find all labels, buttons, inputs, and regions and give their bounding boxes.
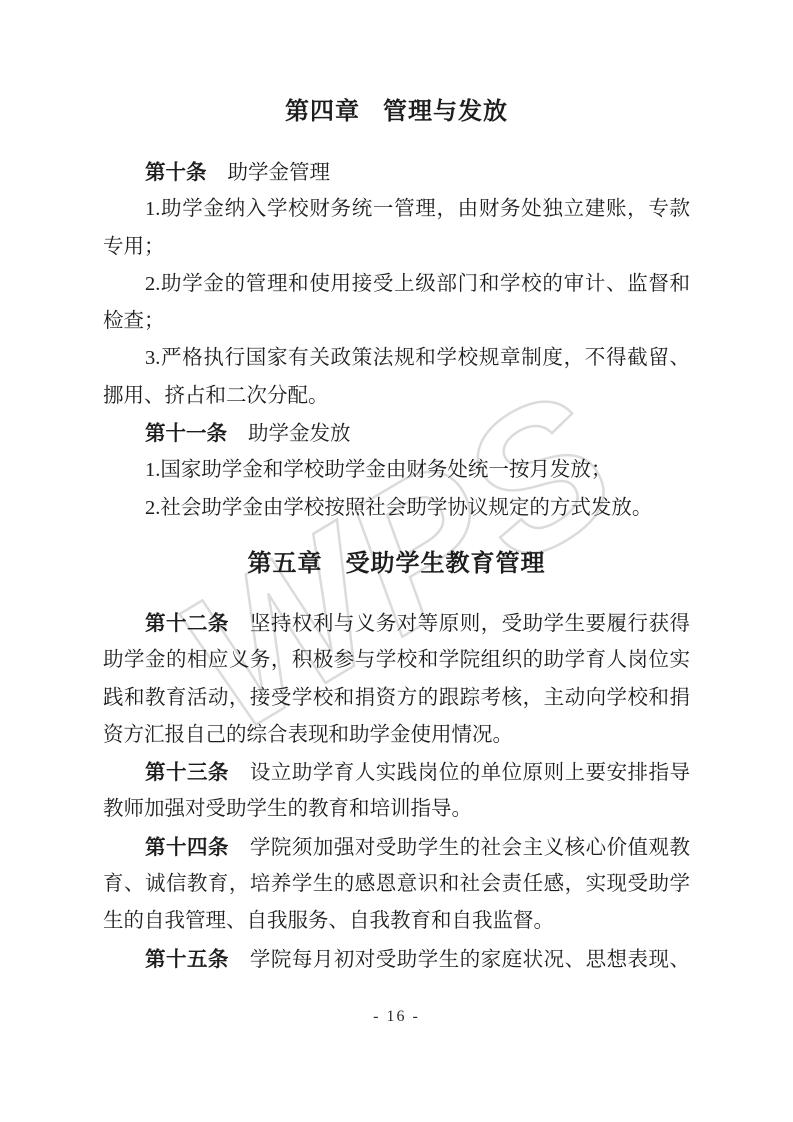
page-number: - 16 - [373,1008,420,1025]
chapter-4-title: 管理与发放 [383,98,508,125]
line-text: 专用； [103,236,165,258]
chapter-5-title: 受助学生教育管理 [346,550,546,577]
page-footer: - 16 - [0,1007,793,1027]
text-line: 挪用、挤占和二次分配。 [103,378,690,415]
article-number-label: 第十二条 [145,612,229,635]
line-text: 检查； [103,310,165,332]
text-line: 育、诚信教育，培养学生的感恩意识和社会责任感，实现受助学 [103,866,690,903]
line-text: 挪用、挤占和二次分配。 [103,385,329,407]
chapter-5-body: 第十二条坚持权利与义务对等原则，受助学生要履行获得 助学金的相应义务，积极参与学… [103,605,690,978]
text-line: 第十三条设立助学育人实践岗位的单位原则上要安排指导 [103,754,690,791]
chapter-4-heading: 第四章管理与发放 [0,96,793,128]
line-text: 育、诚信教育，培养学生的感恩意识和社会责任感，实现受助学 [103,873,690,895]
text-line: 第十二条坚持权利与义务对等原则，受助学生要履行获得 [103,605,690,642]
line-text: 资方汇报自己的综合表现和助学金使用情况。 [103,724,513,746]
text-line: 专用； [103,229,690,266]
document-page: WPS 第四章管理与发放 第十条助学金管理 1.助学金纳入学校财务统一管理，由财… [0,0,793,1122]
text-line: 教师加强对受助学生的教育和培训指导。 [103,791,690,828]
chapter-5-number: 第五章 [248,550,323,577]
text-line: 检查； [103,303,690,340]
line-text: 践和教育活动，接受学校和捐资方的跟踪考核，主动向学校和捐 [103,687,690,709]
text-line: 1.助学金纳入学校财务统一管理，由财务处独立建账，专款 [103,191,690,228]
text-line: 资方汇报自己的综合表现和助学金使用情况。 [103,717,690,754]
line-text: 教师加强对受助学生的教育和培训指导。 [103,798,472,820]
text-line: 第十条助学金管理 [103,154,690,191]
line-text: 2.助学金的管理和使用接受上级部门和学校的审计、监督和 [145,273,690,295]
article-number-label: 第十四条 [145,836,229,859]
line-text: 坚持权利与义务对等原则，受助学生要履行获得 [250,613,690,635]
text-line: 助学金的相应义务，积极参与学校和学院组织的助学育人岗位实 [103,642,690,679]
line-text: 1.助学金纳入学校财务统一管理，由财务处独立建账，专款 [145,198,690,220]
line-text: 2.社会助学金由学校按照社会助学协议规定的方式发放。 [145,497,652,519]
line-text: 学院须加强对受助学生的社会主义核心价值观教 [250,837,690,859]
line-text: 学院每月初对受助学生的家庭状况、思想表现、 [250,949,690,971]
text-line: 第十一条助学金发放 [103,415,690,452]
text-line: 2.社会助学金由学校按照社会助学协议规定的方式发放。 [103,490,690,527]
line-text: 1.国家助学金和学校助学金由财务处统一按月发放； [145,459,611,481]
line-text: 助学金发放 [248,423,351,445]
text-line: 2.助学金的管理和使用接受上级部门和学校的审计、监督和 [103,266,690,303]
article-number-label: 第十条 [145,161,207,184]
chapter-4-number: 第四章 [285,98,360,125]
chapter-5-heading: 第五章受助学生教育管理 [0,548,793,580]
article-number-label: 第十一条 [145,422,227,445]
text-line: 3.严格执行国家有关政策法规和学校规章制度，不得截留、 [103,340,690,377]
article-number-label: 第十五条 [145,948,229,971]
line-text: 3.严格执行国家有关政策法规和学校规章制度，不得截留、 [145,347,690,369]
line-text: 设立助学育人实践岗位的单位原则上要安排指导 [250,762,690,784]
text-line: 第十四条学院须加强对受助学生的社会主义核心价值观教 [103,829,690,866]
article-number-label: 第十三条 [145,761,229,784]
line-text: 助学金的相应义务，积极参与学校和学院组织的助学育人岗位实 [103,649,690,671]
line-text: 助学金管理 [228,162,331,184]
text-line: 践和教育活动，接受学校和捐资方的跟踪考核，主动向学校和捐 [103,680,690,717]
text-line: 1.国家助学金和学校助学金由财务处统一按月发放； [103,452,690,489]
chapter-4-body: 第十条助学金管理 1.助学金纳入学校财务统一管理，由财务处独立建账，专款 专用；… [103,154,690,527]
line-text: 生的自我管理、自我服务、自我教育和自我监督。 [103,910,554,932]
text-line: 第十五条学院每月初对受助学生的家庭状况、思想表现、 [103,941,690,978]
text-line: 生的自我管理、自我服务、自我教育和自我监督。 [103,903,690,940]
